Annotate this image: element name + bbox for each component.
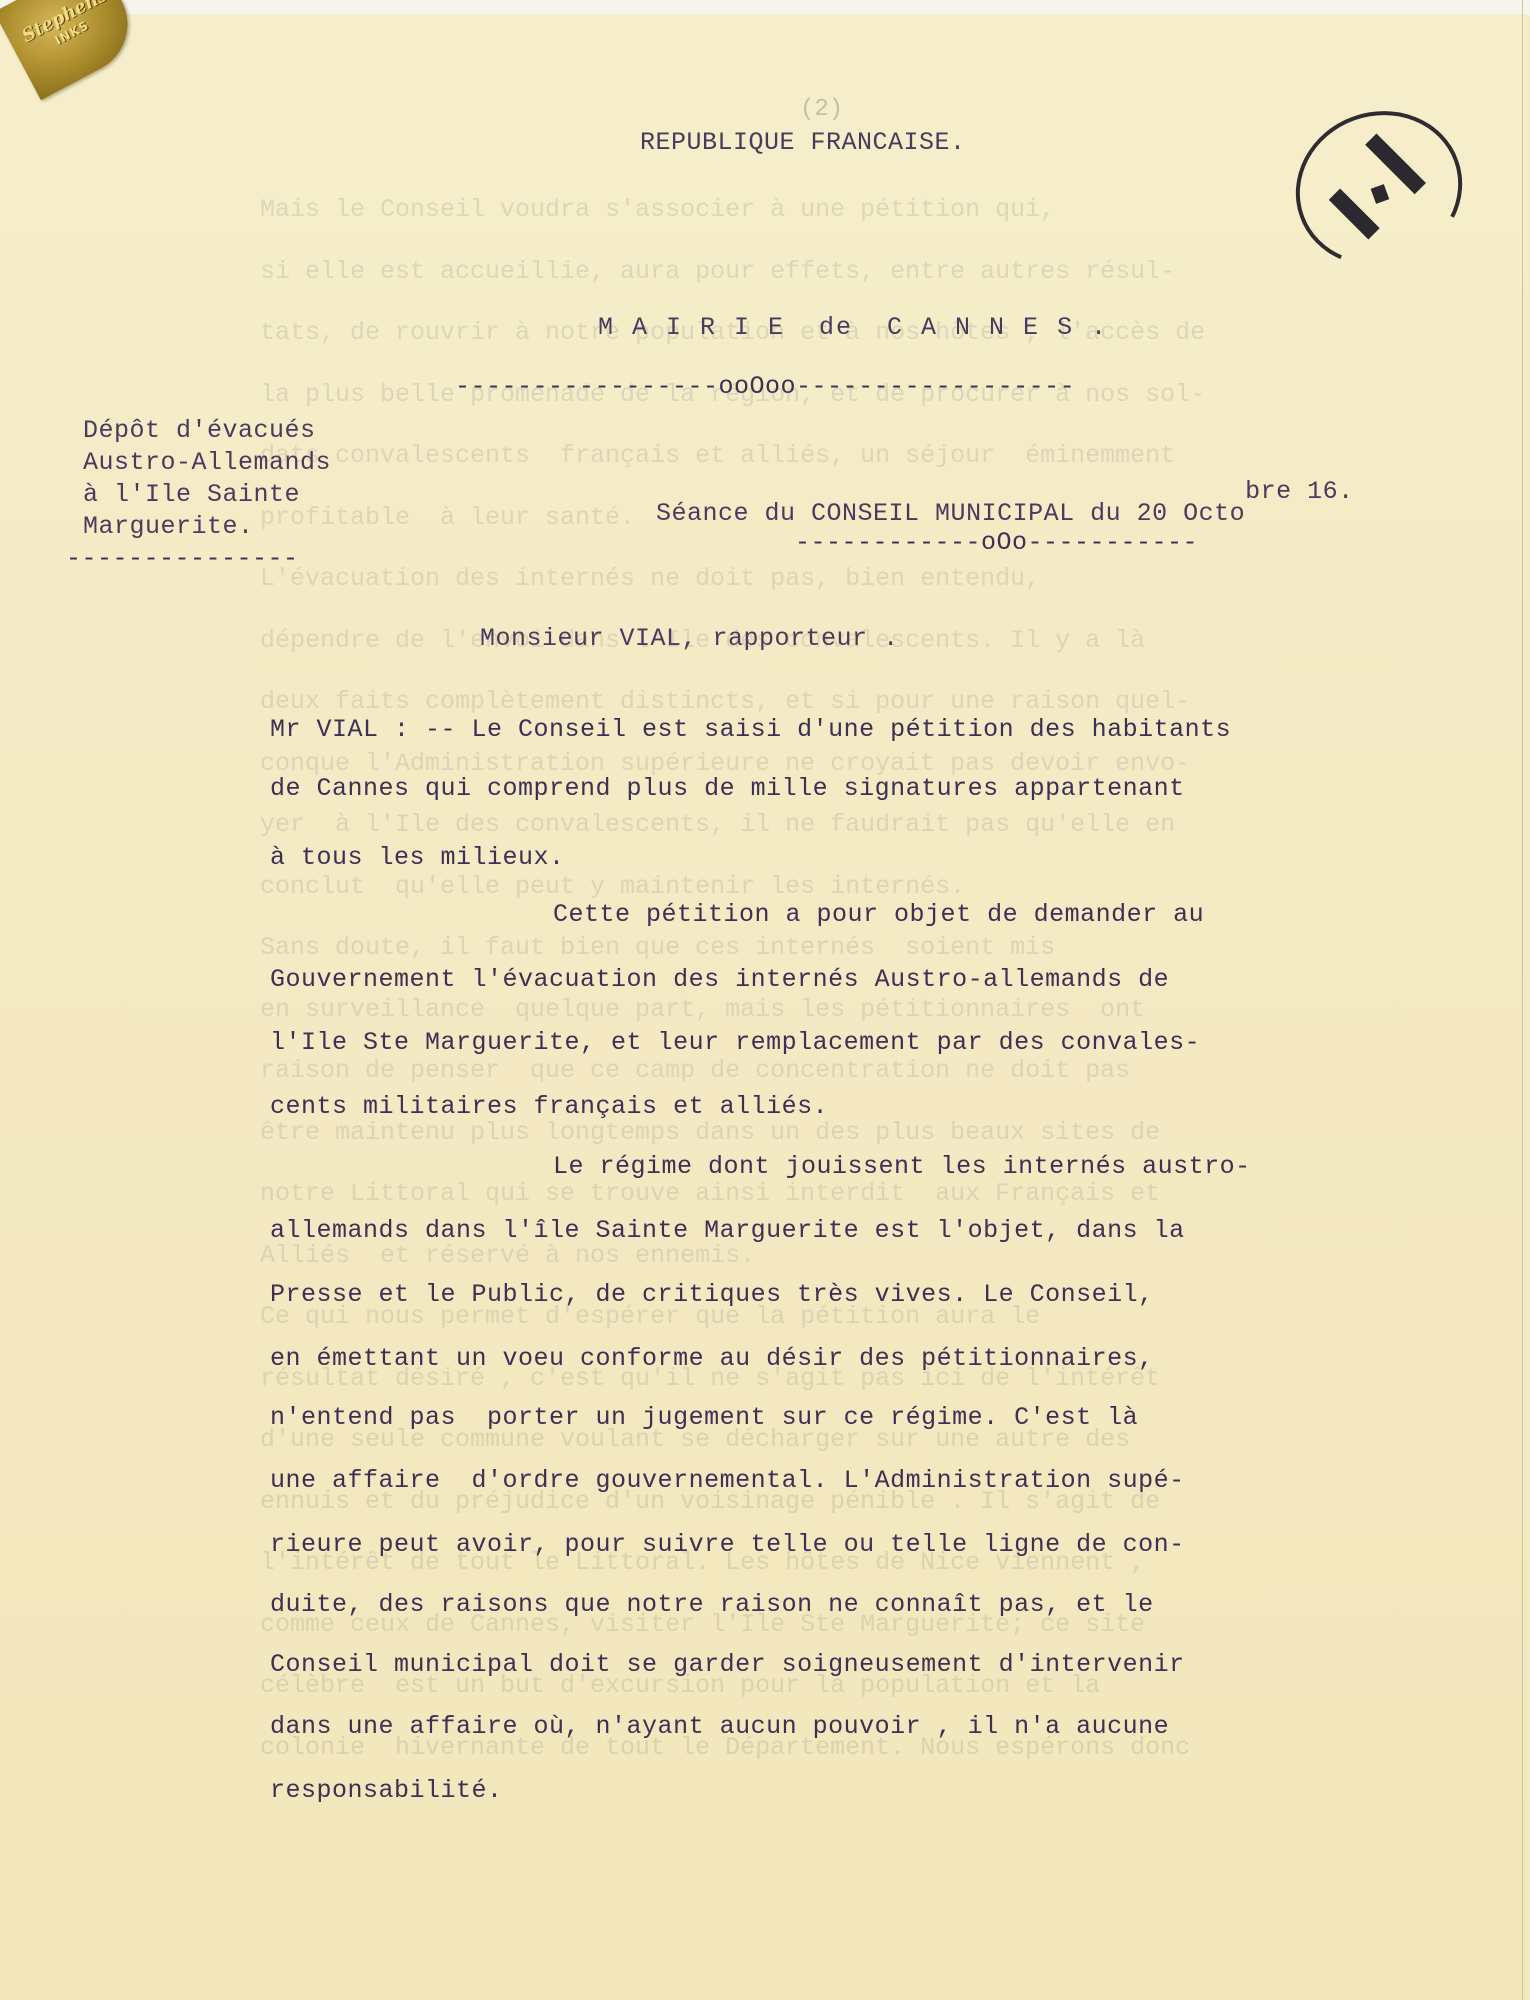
- body-line: à tous les milieux.: [270, 843, 565, 872]
- body-line: en émettant un voeu conforme au désir de…: [270, 1344, 1154, 1373]
- body-line: Presse et le Public, de critiques très v…: [270, 1280, 1154, 1309]
- header-divider-1: -----------------ooOoo------------------: [455, 372, 1075, 401]
- bleed-through-line: en surveillance quelque part, mais les p…: [260, 995, 1145, 1024]
- bleed-through-line: dats convalescents français et alliés, u…: [260, 441, 1175, 470]
- sidebar-divider: ---------------: [66, 544, 299, 573]
- seance-line: Séance du CONSEIL MUNICIPAL du 20 Octobr…: [625, 470, 1354, 528]
- sidebar-line: à l'Ile Sainte: [83, 480, 300, 509]
- bleed-through-line: Mais le Conseil voudra s'associer à une …: [260, 195, 1055, 224]
- sidebar-line: Marguerite.: [83, 512, 254, 541]
- bleed-through-line: L'évacuation des internés ne doit pas, b…: [260, 564, 1040, 593]
- body-line: duite, des raisons que notre raison ne c…: [270, 1590, 1154, 1619]
- body-line: Gouvernement l'évacuation des internés A…: [270, 965, 1169, 994]
- body-line: Mr VIAL : -- Le Conseil est saisi d'une …: [270, 715, 1231, 744]
- body-line: de Cannes qui comprend plus de mille sig…: [270, 774, 1185, 803]
- body-line: Cette pétition a pour objet de demander …: [553, 900, 1204, 929]
- body-line: responsabilité.: [270, 1776, 503, 1805]
- body-line: une affaire d'ordre gouvernemental. L'Ad…: [270, 1466, 1185, 1495]
- bleed-through-line: conclut qu'elle peut y maintenir les int…: [260, 872, 965, 901]
- bleed-through-line: Sans doute, il faut bien que ces interné…: [260, 933, 1055, 962]
- body-line: Le régime dont jouissent les internés au…: [553, 1152, 1251, 1181]
- page-number: (2): [800, 96, 843, 123]
- body-line: Conseil municipal doit se garder soigneu…: [270, 1650, 1185, 1679]
- paper-edge: [1522, 0, 1523, 2000]
- bleed-through-line: profitable à leur santé.: [260, 503, 635, 532]
- header-republic: REPUBLIQUE FRANCAISE.: [640, 128, 966, 157]
- body-line: allemands dans l'île Sainte Marguerite e…: [270, 1216, 1185, 1245]
- sidebar-line: Austro-Allemands: [83, 448, 331, 477]
- body-line: n'entend pas porter un jugement sur ce r…: [270, 1403, 1138, 1432]
- bleed-through-line: yer à l'Ile des convalescents, il ne fau…: [260, 810, 1175, 839]
- body-line: dans une affaire où, n'ayant aucun pouvo…: [270, 1712, 1169, 1741]
- bleed-through-line: deux faits complètement distincts, et si…: [260, 687, 1190, 716]
- bleed-through-line: raison de penser que ce camp de concentr…: [260, 1056, 1130, 1085]
- bleed-through-line: être maintenu plus longtemps dans un des…: [260, 1118, 1160, 1147]
- seance-superscript: bre 16.: [1245, 477, 1354, 506]
- body-line: rieure peut avoir, pour suivre telle ou …: [270, 1530, 1185, 1559]
- body-line: cents militaires français et alliés.: [270, 1092, 828, 1121]
- rapporteur-line: Monsieur VIAL, rapporteur .: [480, 624, 899, 653]
- header-mairie: M A I R I E de C A N N E S .: [598, 313, 1108, 342]
- bleed-through-line: notre Littoral qui se trouve ainsi inter…: [260, 1179, 1160, 1208]
- sidebar-line: Dépôt d'évacués: [83, 416, 316, 445]
- clip-brand: Stephens INKS: [20, 0, 116, 62]
- body-line: l'Ile Ste Marguerite, et leur remplaceme…: [270, 1028, 1200, 1057]
- bleed-through-line: si elle est accueillie, aura pour effets…: [260, 257, 1175, 286]
- header-divider-2: ------------oOo-----------: [795, 528, 1198, 557]
